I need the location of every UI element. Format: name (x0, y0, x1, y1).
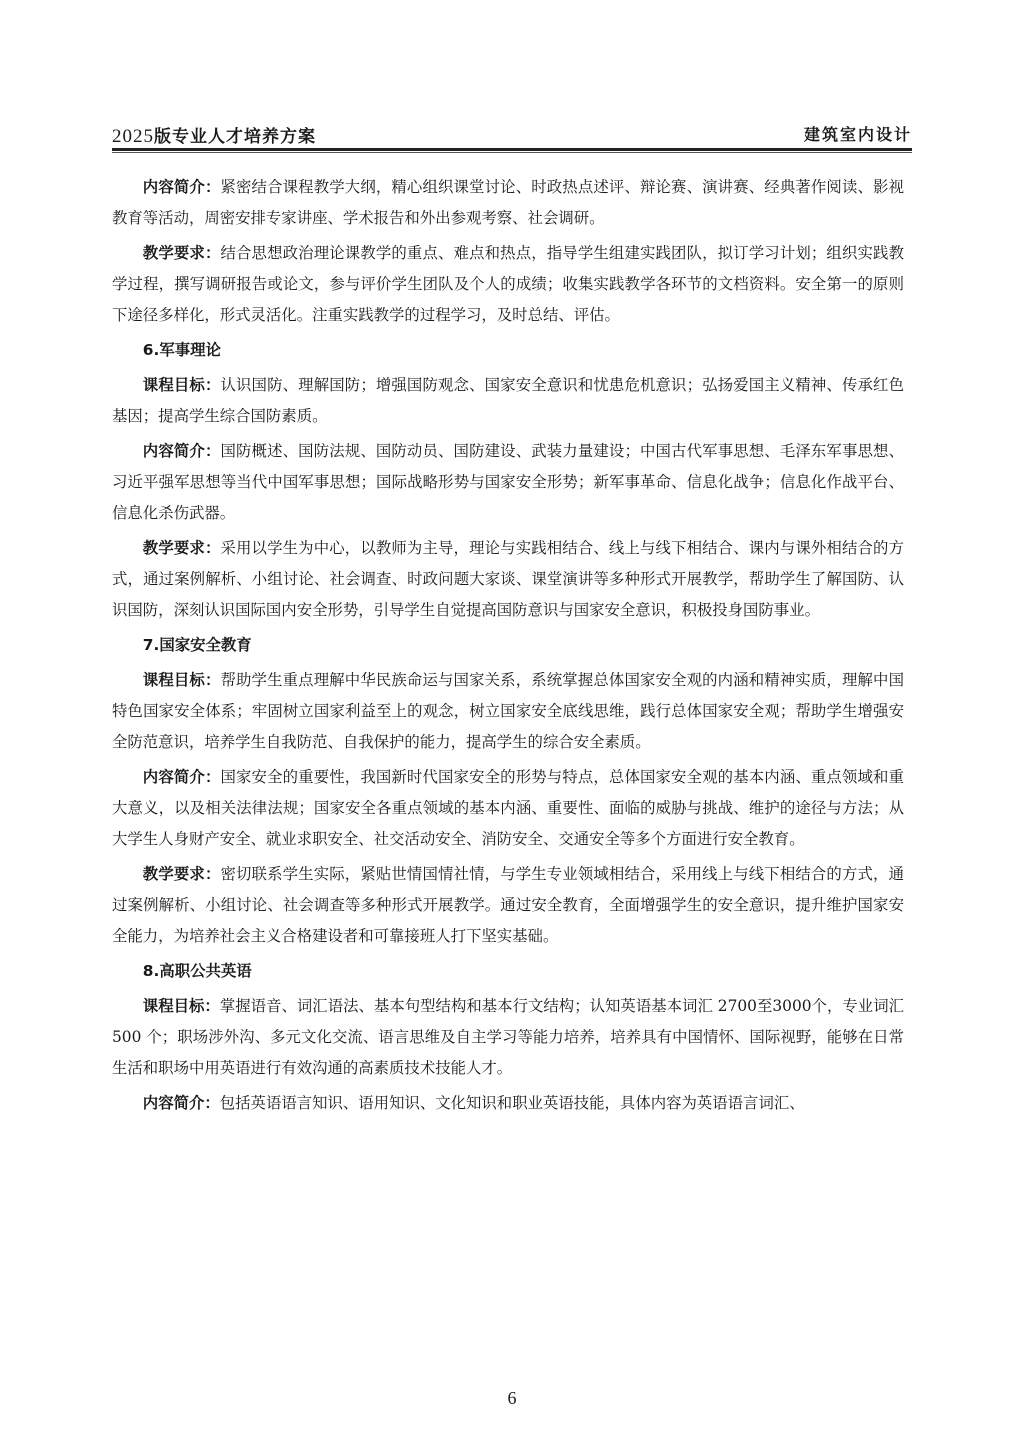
header-plan-label: 版专业人才培养方案 (154, 127, 316, 147)
paragraph-text: 认识国防、理解国防；增强国防观念、国家安全意识和忧患危机意识；弘扬爱国主义精神、… (112, 376, 904, 425)
paragraph-lead: 课程目标： (143, 997, 220, 1015)
paragraph-text: 采用以学生为中心，以教师为主导，理论与实践相结合、线上与线下相结合、课内与课外相… (112, 539, 904, 619)
paragraph-lead: 内容简介： (143, 1094, 220, 1112)
paragraph-lead: 教学要求： (143, 865, 221, 883)
header-year: 2025 (112, 126, 154, 147)
header-rule-thick (112, 148, 912, 151)
section-title-public-english: 8.高职公共英语 (112, 956, 904, 987)
paragraph-lead: 内容简介： (143, 178, 221, 196)
paragraph-lead: 课程目标： (143, 671, 221, 689)
paragraph-text: 包括英语语言知识、语用知识、文化知识和职业英语技能，具体内容为英语语言词汇、 (220, 1094, 805, 1112)
paragraph-lead: 教学要求： (143, 244, 221, 262)
paragraph-content-intro: 内容简介：国防概述、国防法规、国防动员、国防建设、武装力量建设；中国古代军事思想… (112, 436, 904, 529)
section-title-military-theory: 6.军事理论 (112, 335, 904, 366)
section-title-national-security: 7.国家安全教育 (112, 630, 904, 661)
paragraph-lead: 内容简介： (143, 768, 221, 786)
header-rule-thin (112, 152, 912, 153)
paragraph-course-goal: 课程目标：掌握语音、词汇语法、基本句型结构和基本行文结构；认知英语基本词汇 27… (112, 991, 904, 1084)
header-plan-title: 2025版专业人才培养方案 (112, 122, 316, 148)
paragraph-text: 密切联系学生实际，紧贴世情国情社情，与学生专业领域相结合，采用线上与线下相结合的… (112, 865, 904, 945)
paragraph-lead: 课程目标： (143, 376, 221, 394)
paragraph-text: 帮助学生重点理解中华民族命运与国家关系，系统掌握总体国家安全观的内涵和精神实质，… (112, 671, 904, 751)
paragraph-lead: 内容简介： (143, 442, 221, 460)
header-major-title: 建筑室内设计 (804, 122, 912, 145)
paragraph-course-goal: 课程目标：认识国防、理解国防；增强国防观念、国家安全意识和忧患危机意识；弘扬爱国… (112, 370, 904, 432)
paragraph-text: 国家安全的重要性，我国新时代国家安全的形势与特点，总体国家安全观的基本内涵、重点… (112, 768, 904, 848)
paragraph-teaching-req: 教学要求：密切联系学生实际，紧贴世情国情社情，与学生专业领域相结合，采用线上与线… (112, 859, 904, 952)
page-number: 6 (0, 1388, 1024, 1409)
paragraph-course-goal: 课程目标：帮助学生重点理解中华民族命运与国家关系，系统掌握总体国家安全观的内涵和… (112, 665, 904, 758)
page-header: 2025版专业人才培养方案 建筑室内设计 (112, 122, 912, 146)
paragraph-lead: 教学要求： (143, 539, 221, 557)
paragraph-teaching-req: 教学要求：结合思想政治理论课教学的重点、难点和热点，指导学生组建实践团队，拟订学… (112, 238, 904, 331)
paragraph-content-intro: 内容简介：紧密结合课程教学大纲，精心组织课堂讨论、时政热点述评、辩论赛、演讲赛、… (112, 172, 904, 234)
paragraph-content-intro: 内容简介：国家安全的重要性，我国新时代国家安全的形势与特点，总体国家安全观的基本… (112, 762, 904, 855)
paragraph-text: 结合思想政治理论课教学的重点、难点和热点，指导学生组建实践团队，拟订学习计划；组… (112, 244, 904, 324)
paragraph-text: 紧密结合课程教学大纲，精心组织课堂讨论、时政热点述评、辩论赛、演讲赛、经典著作阅… (112, 178, 904, 227)
document-body: 内容简介：紧密结合课程教学大纲，精心组织课堂讨论、时政热点述评、辩论赛、演讲赛、… (112, 172, 904, 1123)
paragraph-text: 国防概述、国防法规、国防动员、国防建设、武装力量建设；中国古代军事思想、毛泽东军… (112, 442, 904, 522)
paragraph-text: 掌握语音、词汇语法、基本句型结构和基本行文结构；认知英语基本词汇 2700至30… (112, 997, 904, 1077)
paragraph-content-intro: 内容简介：包括英语语言知识、语用知识、文化知识和职业英语技能，具体内容为英语语言… (112, 1088, 904, 1119)
paragraph-teaching-req: 教学要求：采用以学生为中心，以教师为主导，理论与实践相结合、线上与线下相结合、课… (112, 533, 904, 626)
